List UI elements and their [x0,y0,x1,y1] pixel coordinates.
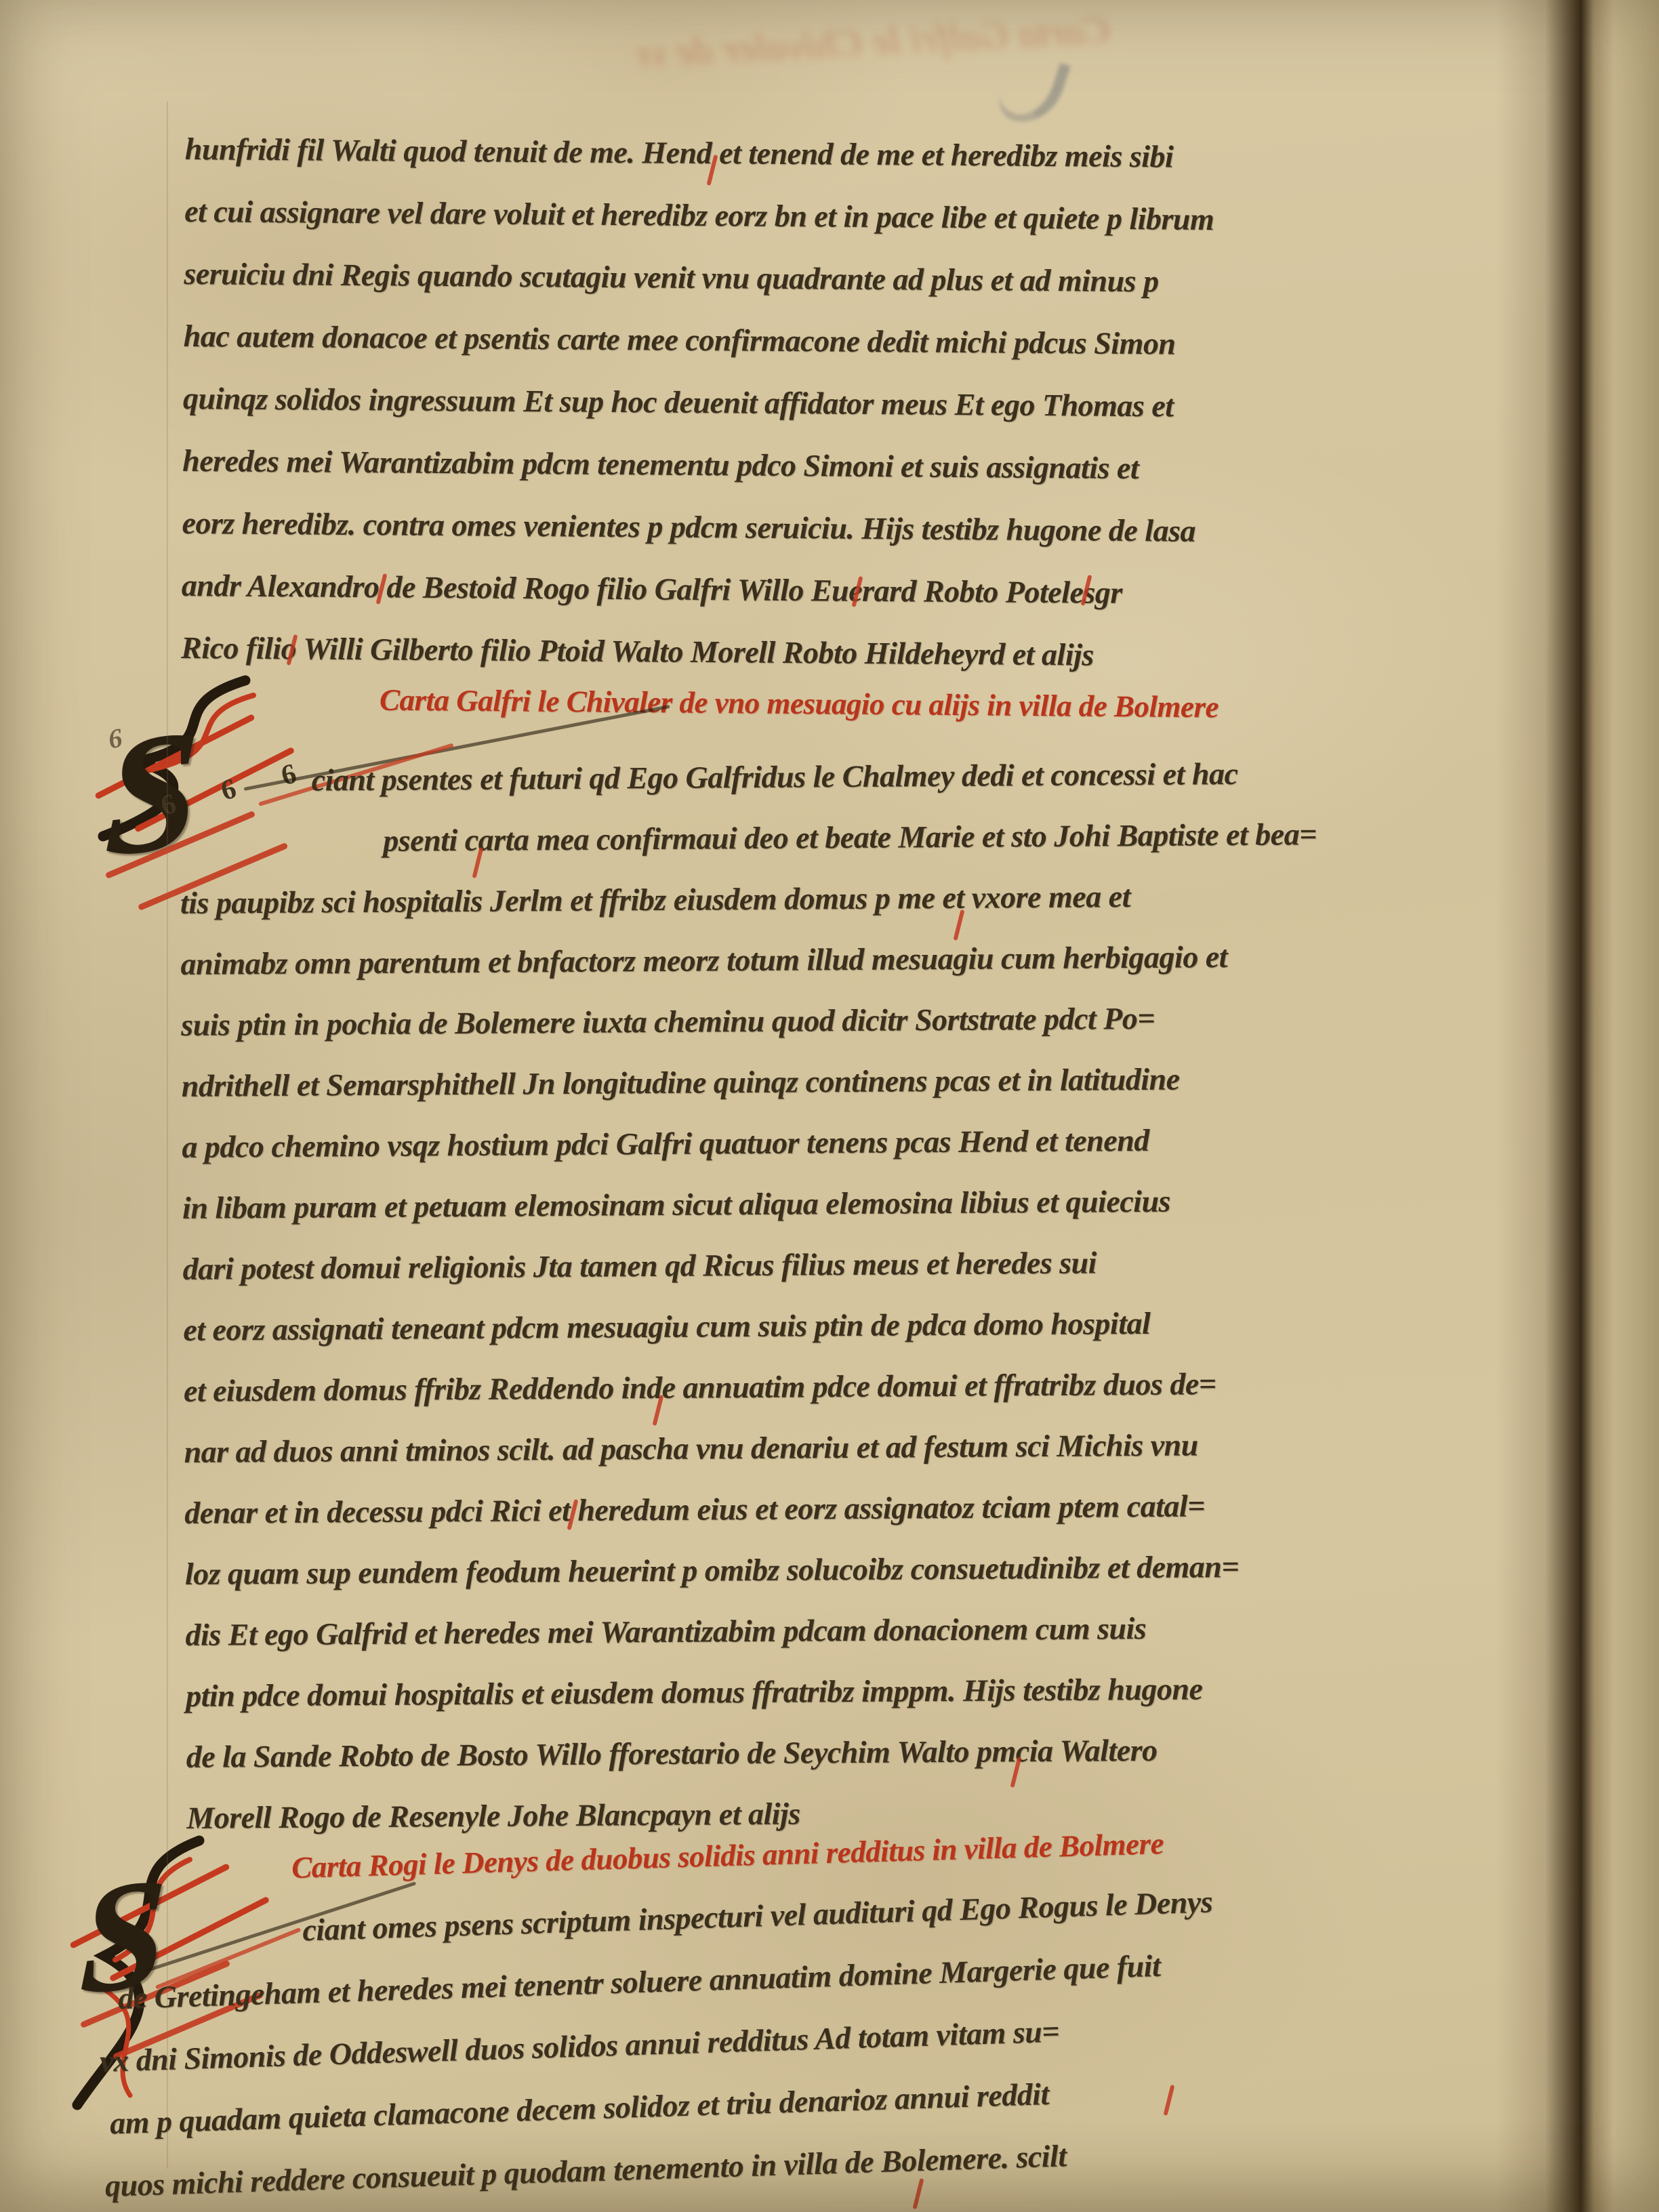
charter-galfridi-block: ciant psentes et futuri qd Ego Galfridus… [179,743,1324,1849]
manuscript-line: quinqz solidos ingressuum Et sup hoc deu… [183,367,1213,438]
manuscript-line: ptin pdce domui hospitalis et eiusdem do… [186,1658,1323,1727]
manuscript-line: in libam puram et petuam elemosinam sicu… [182,1170,1319,1239]
manuscript-line: loz quam sup eundem feodum heuerint p om… [185,1536,1322,1605]
manuscript-line: suis ptin in pochia de Bolemere iuxta ch… [181,987,1318,1056]
manuscript-line: psenti carta mea confirmaui deo et beate… [383,804,1317,872]
manuscript-line: hac autem donacoe et psentis carte mee c… [183,305,1213,375]
manuscript-line: tis paupibz sci hospitalis Jerlm et ffri… [180,865,1317,934]
manuscript-line: ciant psentes et futuri qd Ego Galfridus… [311,743,1316,811]
manuscript-line: denar et in decessu pdci Rici et heredum… [184,1475,1322,1544]
manuscript-line: animabz omn parentum et bnfactorz meorz … [180,926,1317,995]
manuscript-line: ndrithell et Semarsphithell Jn longitudi… [182,1048,1319,1117]
manuscript-line: et cui assignare vel dare voluit et here… [184,180,1214,251]
manuscript-line: dari potest domui religionis Jta tamen q… [182,1231,1319,1300]
manuscript-line: et eiusdem domus ffribz Reddendo inde an… [184,1353,1321,1422]
manuscript-line: dis Et ego Galfrid et heredes mei Warant… [185,1597,1322,1666]
manuscript-photo: Carta Galfri le Chivaler de vno mesuagio… [0,0,1659,2212]
margin-ruling-line [167,102,168,2169]
manuscript-line: andr Alexandro de Bestoid Rogo filio Gal… [181,554,1211,625]
charter-rogeri-block: ciant omes psens scriptum inspecturi vel… [183,1870,1221,2212]
manuscript-line: seruiciu dni Regis quando scutagiu venit… [184,243,1214,313]
manuscript-line: hunfridi fil Walti quod tenuit de me. He… [185,118,1215,188]
manuscript-line: nar ad duos anni tminos scilt. ad pascha… [184,1414,1321,1483]
manuscript-line: a pdco chemino vsqz hostium pdci Galfri … [182,1109,1319,1178]
rubric-carta-galfridi: Carta Galfri le Chivaler de vno mesuagio… [380,682,1218,725]
manuscript-line: heredes mei Warantizabim pdcm tenementu … [182,430,1212,500]
manuscript-line: et eorz assignati teneant pdcm mesuagiu … [183,1292,1320,1361]
manuscript-line: eorz heredibz. contra omes venientes p p… [182,492,1212,562]
manuscript-line: Rico filio Willi Gilberto filio Ptoid Wa… [181,617,1211,687]
charter-ending-block: hunfridi fil Walti quod tenuit de me. He… [181,118,1215,687]
manuscript-line: de la Sande Robto de Bosto Willo fforest… [186,1719,1323,1788]
book-gutter-shadow [1496,0,1659,2212]
